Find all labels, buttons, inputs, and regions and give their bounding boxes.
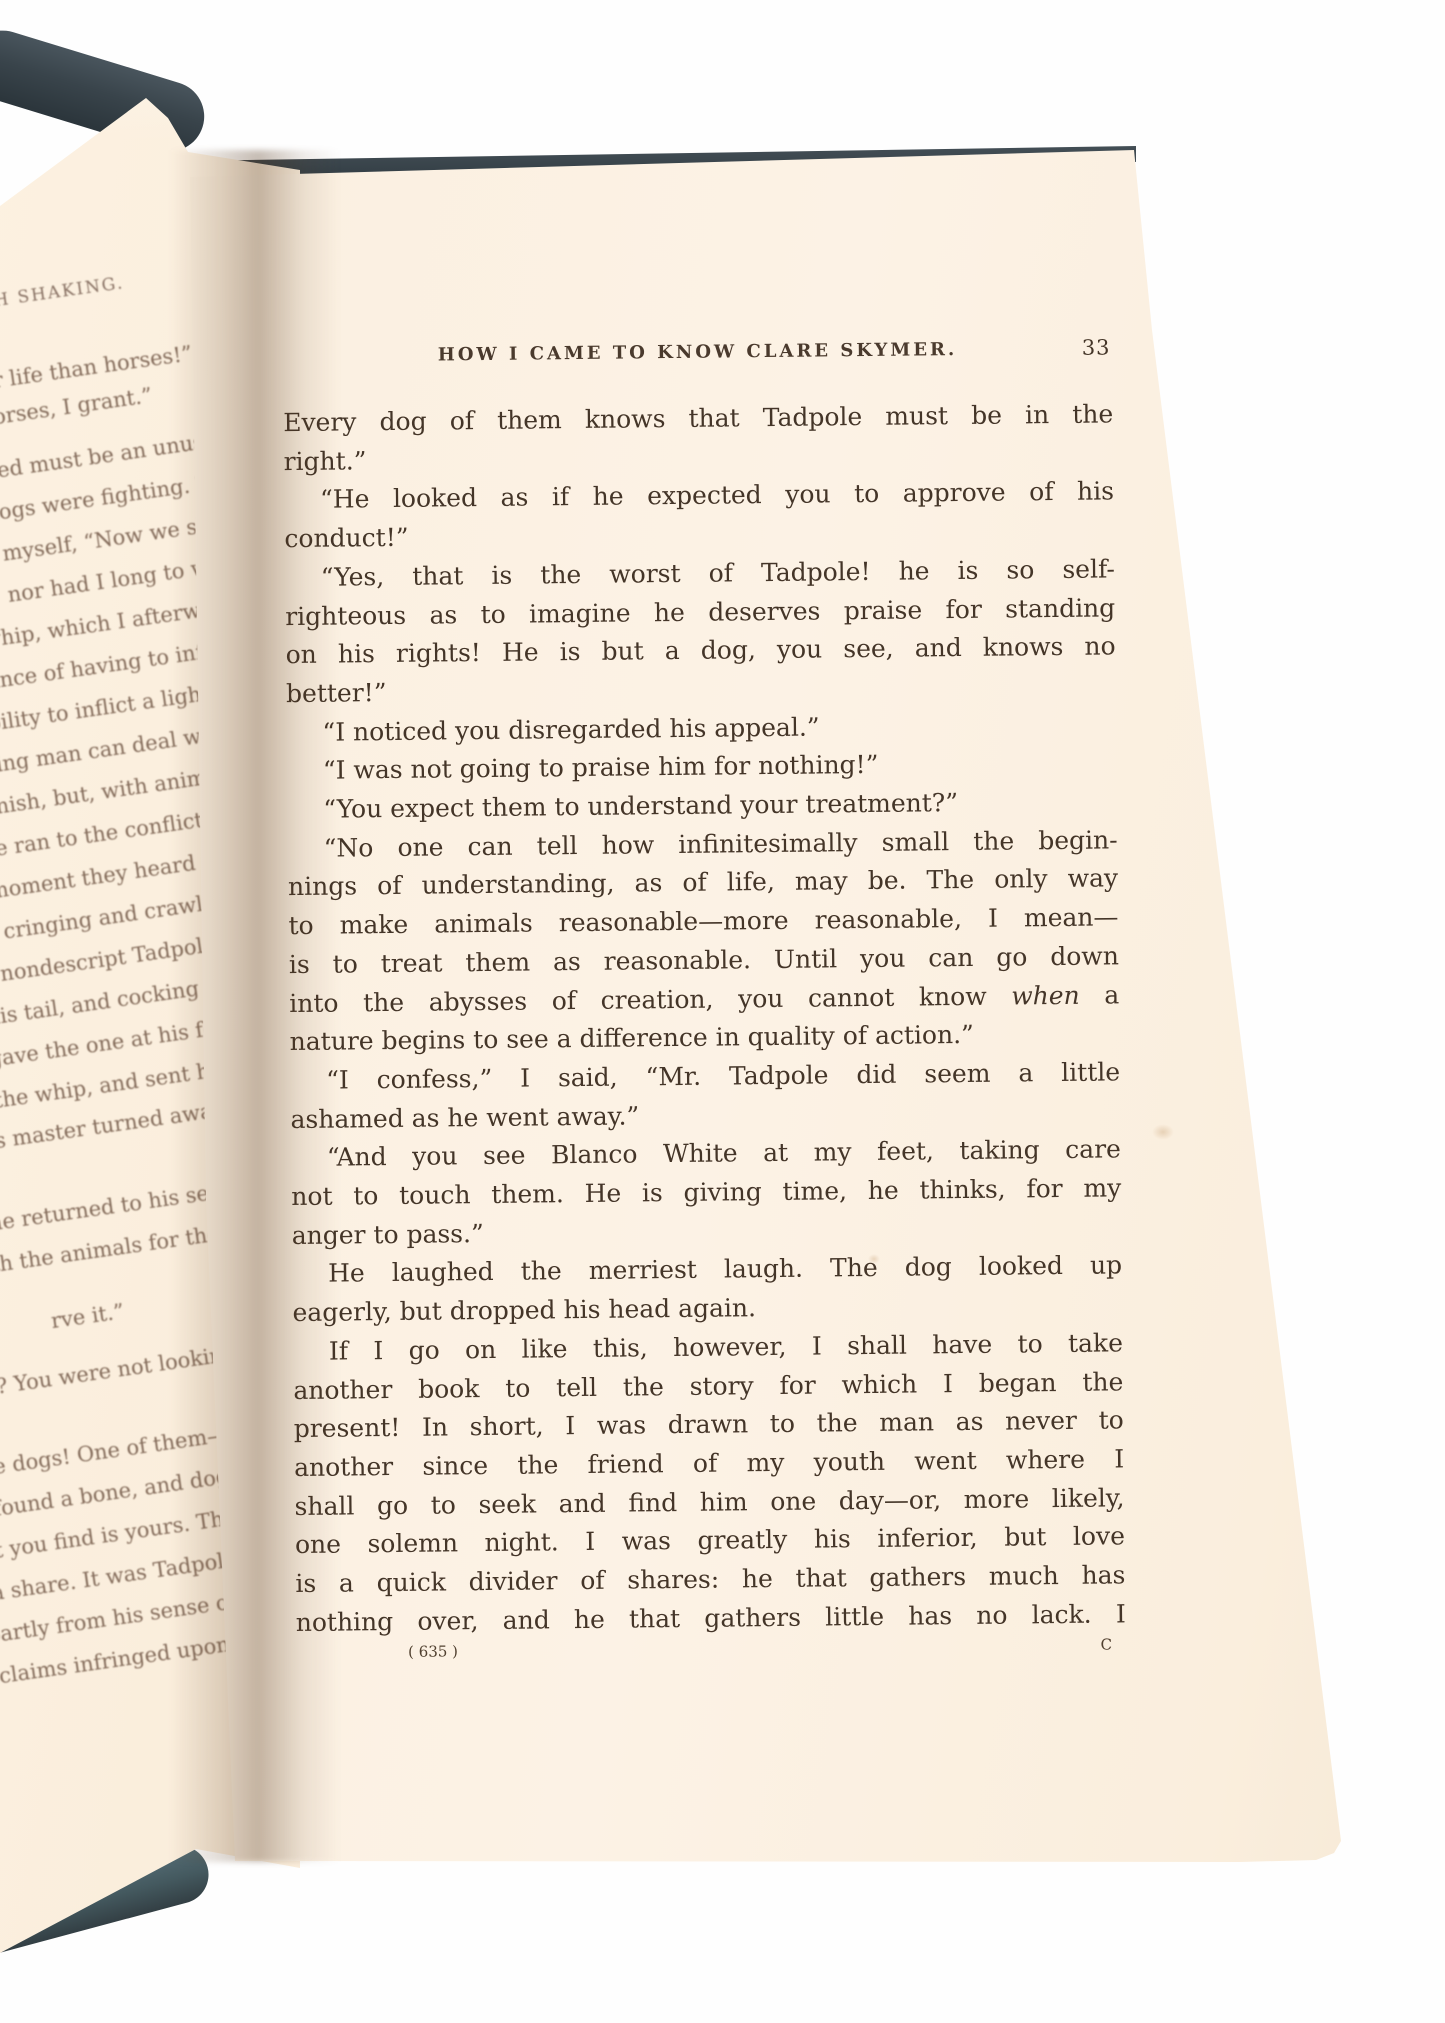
- text-segment: ashamed as he went away.”: [290, 1101, 639, 1134]
- text-segment: Every dog of them knows that Tadpole mus…: [283, 399, 1113, 437]
- right-page-content: HOW I CAME TO KNOW CLARE SKYMER. 33 Ever…: [279, 0, 1130, 2023]
- text-segment: a: [1080, 980, 1120, 1009]
- photo-background: UGH SHAKING. appier life than horses!”e …: [0, 0, 1445, 2023]
- page-number: 33: [1082, 335, 1111, 359]
- signature-mark: C: [1100, 1635, 1112, 1653]
- text-segment: another book to tell the story for which…: [293, 1367, 1123, 1405]
- foxing-stain: [1152, 1124, 1174, 1140]
- text-segment: He laughed the merriest laugh. The dog l…: [328, 1251, 1122, 1288]
- text-segment: “He looked as if he expected you to appr…: [320, 477, 1114, 514]
- italic-word: when: [1011, 980, 1080, 1010]
- text-segment: is to treat them as reasonable. Until yo…: [289, 941, 1119, 979]
- text-segment: anger to pass.”: [292, 1219, 484, 1250]
- text-segment: If I go on like this, however, I shall h…: [329, 1328, 1123, 1365]
- right-page-lines: Every dog of them knows that Tadpole mus…: [283, 395, 1126, 1642]
- text-segment: righteous as to imagine he deserves prai…: [285, 593, 1115, 631]
- text-segment: not to touch them. He is giving time, he…: [291, 1173, 1121, 1211]
- chapter-running-header: HOW I CAME TO KNOW CLARE SKYMER.: [438, 339, 958, 365]
- text-segment: one solemn night. I was greatly his infe…: [295, 1522, 1125, 1560]
- text-segment: “I confess,” I said, “Mr. Tadpole did se…: [326, 1057, 1120, 1094]
- text-segment: “You expect them to understand your trea…: [323, 788, 958, 824]
- text-segment: is a quick divider of shares: he that ga…: [295, 1560, 1125, 1598]
- foxing-stain: [1276, 748, 1292, 760]
- text-line: nothing over, and he that gathers little…: [296, 1595, 1126, 1642]
- text-segment: nothing over, and he that gathers little…: [296, 1599, 1126, 1637]
- text-segment: into the abysses of creation, you cannot…: [289, 981, 1011, 1018]
- text-segment: “Yes, that is the worst of Tadpole! he i…: [321, 554, 1115, 591]
- text-segment: better!”: [286, 678, 387, 708]
- text-segment: to make animals reasonable—more reasonab…: [288, 903, 1118, 941]
- plate-number: ( 635 ): [408, 1642, 458, 1661]
- text-segment: shall go to seek and find him one day—or…: [294, 1483, 1124, 1521]
- text-segment: nings of understanding, as of life, may …: [288, 864, 1118, 902]
- text-segment: on his rights! He is but a dog, you see,…: [286, 632, 1116, 670]
- text-segment: another since the friend of my youth wen…: [294, 1444, 1124, 1482]
- text-segment: present! In short, I was drawn to the ma…: [294, 1406, 1124, 1444]
- right-page-header: HOW I CAME TO KNOW CLARE SKYMER. 33: [282, 337, 1112, 374]
- text-segment: eagerly, but dropped his head again.: [292, 1293, 756, 1327]
- text-segment: “And you see Blanco White at my feet, ta…: [327, 1135, 1121, 1172]
- text-segment: nature begins to see a difference in qua…: [290, 1020, 974, 1056]
- text-segment: conduct!”: [284, 523, 408, 553]
- text-segment: “No one can tell how infinitesimally sma…: [324, 825, 1118, 862]
- text-segment: “I noticed you disregarded his appeal.”: [322, 712, 819, 746]
- text-segment: right.”: [283, 446, 366, 476]
- text-segment: “I was not going to praise him for nothi…: [323, 750, 879, 785]
